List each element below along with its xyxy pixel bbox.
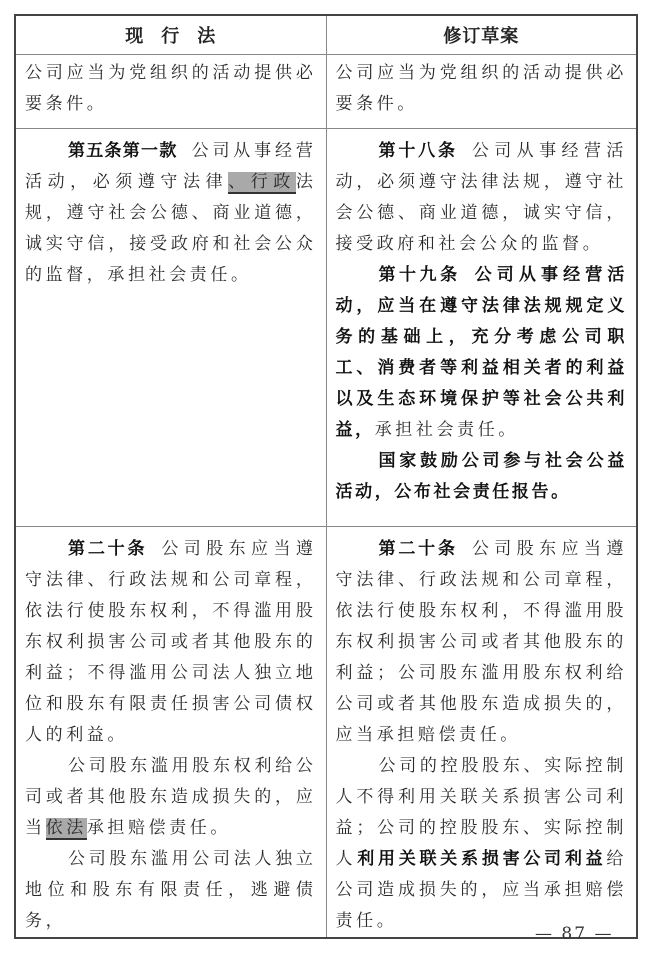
table-row: 公司应当为党组织的活动提供必要条件。 公司应当为党组织的活动提供必要条件。	[15, 55, 637, 129]
table-row: 第二十条公司股东应当遵守法律、行政法规和公司章程，依法行使股东权利，不得滥用股东…	[15, 527, 637, 939]
bold-text: 国家鼓励公司参与社会公益活动，公布社会责任报告。	[336, 451, 628, 502]
table-row: 第五条第一款公司从事经营活动，必须遵守法律、行政法规，遵守社会公德、商业道德，诚…	[15, 129, 637, 527]
paragraph: 公司应当为党组织的活动提供必要条件。	[336, 58, 628, 120]
paragraph: 第二十条公司股东应当遵守法律、行政法规和公司章程，依法行使股东权利，不得滥用股东…	[25, 534, 317, 751]
draft-cell: 第十八条公司从事经营活动，必须遵守法律法规，遵守社会公德、商业道德，诚实守信，接…	[326, 129, 637, 527]
article-heading: 第十八条	[379, 141, 458, 161]
paragraph: 第十八条公司从事经营活动，必须遵守法律法规，遵守社会公德、商业道德，诚实守信，接…	[336, 136, 628, 260]
bold-text: 公司从事经营活动，应当在遵守法律法规规定义务的基础上，充分考虑公司职工、消费者等…	[336, 265, 628, 440]
paragraph: 公司的控股股东、实际控制人不得利用关联关系损害公司利益；公司的控股股东、实际控制…	[336, 751, 628, 937]
paragraph: 公司股东滥用公司法人独立地位和股东有限责任，逃避债务，	[25, 844, 317, 937]
article-heading: 第二十条	[379, 539, 458, 559]
current-law-cell: 公司应当为党组织的活动提供必要条件。	[15, 55, 326, 129]
bold-text: 利用关联关系损害公司利益	[357, 849, 606, 869]
highlighted-text: 、行政	[228, 172, 296, 194]
draft-cell: 公司应当为党组织的活动提供必要条件。	[326, 55, 637, 129]
paragraph: 公司应当为党组织的活动提供必要条件。	[25, 58, 317, 120]
body-text: 公司股东应当遵守法律、行政法规和公司章程，依法行使股东权利，不得滥用股东权利损害…	[25, 539, 317, 745]
paragraph: 第五条第一款公司从事经营活动，必须遵守法律、行政法规，遵守社会公德、商业道德，诚…	[25, 136, 317, 291]
comparison-table: 现行法 修订草案 公司应当为党组织的活动提供必要条件。 公司应当为党组织的活动提…	[14, 14, 638, 939]
page-number: — 87 —	[535, 924, 613, 944]
body-text: 公司股东应当遵守法律、行政法规和公司章程，依法行使股东权利，不得滥用股东权利损害…	[336, 539, 628, 745]
body-text: 承担赔偿责任。	[87, 818, 231, 838]
highlighted-text: 依法	[46, 818, 87, 840]
body-text: 承担社会责任。	[375, 420, 519, 440]
article-heading: 第十九条	[379, 265, 461, 285]
paragraph: 第二十条公司股东应当遵守法律、行政法规和公司章程，依法行使股东权利，不得滥用股东…	[336, 534, 628, 751]
current-law-cell: 第五条第一款公司从事经营活动，必须遵守法律、行政法规，遵守社会公德、商业道德，诚…	[15, 129, 326, 527]
paragraph: 第十九条公司从事经营活动，应当在遵守法律法规规定义务的基础上，充分考虑公司职工、…	[336, 260, 628, 446]
paragraph: 公司股东滥用股东权利给公司或者其他股东造成损失的，应当依法承担赔偿责任。	[25, 751, 317, 844]
document-page: 现行法 修订草案 公司应当为党组织的活动提供必要条件。 公司应当为党组织的活动提…	[0, 0, 650, 961]
article-heading: 第五条第一款	[68, 141, 178, 161]
header-draft: 修订草案	[326, 15, 637, 55]
body-text: 公司应当为党组织的活动提供必要条件。	[25, 63, 317, 114]
body-text: 公司股东滥用公司法人独立地位和股东有限责任，逃避债务，	[25, 849, 317, 931]
header-current-law: 现行法	[15, 15, 326, 55]
paragraph: 国家鼓励公司参与社会公益活动，公布社会责任报告。	[336, 446, 628, 508]
draft-cell: 第二十条公司股东应当遵守法律、行政法规和公司章程，依法行使股东权利，不得滥用股东…	[326, 527, 637, 939]
current-law-cell: 第二十条公司股东应当遵守法律、行政法规和公司章程，依法行使股东权利，不得滥用股东…	[15, 527, 326, 939]
body-text: 公司应当为党组织的活动提供必要条件。	[336, 63, 628, 114]
article-heading: 第二十条	[68, 539, 147, 559]
header-row: 现行法 修订草案	[15, 15, 637, 55]
